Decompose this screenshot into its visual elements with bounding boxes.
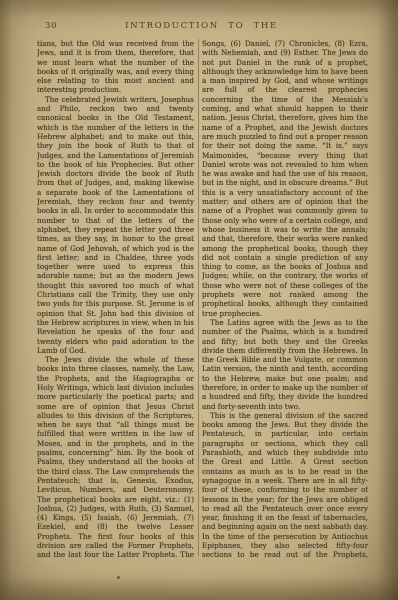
paragraph: This is the general division of the sacr…: [202, 411, 368, 560]
text-column-left: tians, but the Old was received from the…: [37, 39, 194, 560]
paragraph: Songs, (6) Daniel, (7) Chronicles, (8) E…: [202, 39, 368, 318]
paragraph: The Latins agree with the Jews as to the…: [202, 318, 368, 411]
paper-speck: [117, 576, 120, 579]
paragraph: The celebrated Jewish writers, Josephus …: [37, 95, 194, 355]
paragraph: tians, but the Old was received from the…: [37, 39, 194, 95]
page-body: tians, but the Old was received from the…: [37, 39, 368, 560]
running-title: INTRODUCTION TO THE: [37, 21, 366, 31]
paper-speck: [23, 5, 28, 10]
book-page: 30 INTRODUCTION TO THE tians, but the Ol…: [0, 0, 398, 600]
page-header: 30 INTRODUCTION TO THE: [37, 21, 366, 33]
paragraph: The Jews divide the whole of these books…: [37, 355, 194, 560]
text-column-right: Songs, (6) Daniel, (7) Chronicles, (8) E…: [202, 39, 368, 560]
column-divider-rule: [198, 39, 199, 556]
